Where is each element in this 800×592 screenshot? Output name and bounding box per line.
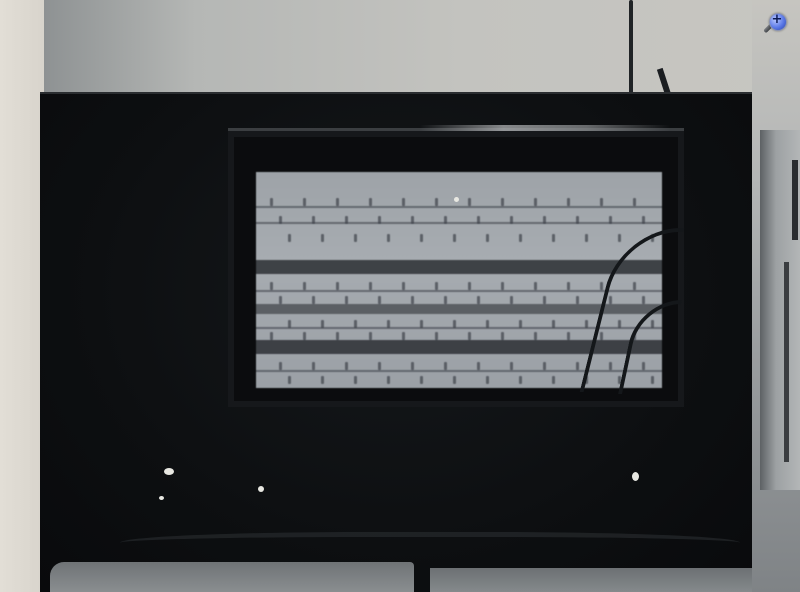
dial-tick [411, 296, 414, 304]
dial-tick [402, 332, 405, 340]
dial-tick [519, 234, 522, 242]
dial-tick [519, 320, 522, 328]
dial-tick [477, 216, 480, 224]
dial-tick [303, 332, 306, 340]
dial-tick [543, 216, 546, 224]
dust-speck [164, 468, 174, 475]
dial-tick [336, 198, 339, 206]
dial-tick [609, 216, 612, 224]
dial-tick [303, 198, 306, 206]
dial-tick [420, 234, 423, 242]
dial-tick [453, 320, 456, 328]
dial-tick [354, 234, 357, 242]
dial-tick [270, 282, 273, 290]
dial-tick [501, 198, 504, 206]
dial-tick [378, 296, 381, 304]
dust-speck [454, 197, 459, 202]
dial-tick [270, 332, 273, 340]
dial-tick [477, 296, 480, 304]
dial-tick [576, 362, 579, 370]
cabinet-base [50, 562, 414, 592]
dial-tick [279, 216, 282, 224]
dial-tick [321, 376, 324, 384]
dial-tick [402, 198, 405, 206]
dial-tick [312, 362, 315, 370]
photograph [0, 0, 800, 592]
background-wall [44, 0, 800, 100]
dial-tick [345, 362, 348, 370]
plus-icon: + [769, 12, 785, 28]
dial-tick [321, 234, 324, 242]
dial-tick [510, 296, 513, 304]
dial-tick [552, 234, 555, 242]
dial-tick [444, 296, 447, 304]
photo-border [0, 0, 44, 592]
dial-tick [288, 234, 291, 242]
dial-tick [369, 282, 372, 290]
dial-tick [321, 320, 324, 328]
dial-tick [312, 296, 315, 304]
dial-tick [402, 282, 405, 290]
dial-tick [567, 332, 570, 340]
dial-tick [618, 234, 621, 242]
dust-speck [632, 472, 639, 481]
dial-tick [600, 198, 603, 206]
dial-tick [510, 362, 513, 370]
dial-tick [567, 198, 570, 206]
cabinet-base [430, 568, 752, 592]
dial-tick [444, 216, 447, 224]
dial-tick [420, 320, 423, 328]
dial-tick [435, 332, 438, 340]
dial-tick [534, 198, 537, 206]
dial-tick [468, 198, 471, 206]
dial-tick [468, 332, 471, 340]
dial-tick [552, 376, 555, 384]
dial-tick [501, 332, 504, 340]
dial-tick [288, 376, 291, 384]
bezel-reflection [420, 125, 670, 131]
dial-tick [312, 216, 315, 224]
dial-tick [369, 198, 372, 206]
antenna-cable [629, 0, 633, 96]
dial-tick [354, 376, 357, 384]
dial-tick [420, 376, 423, 384]
dial-tick [486, 234, 489, 242]
dial-tick [486, 320, 489, 328]
dial-tick [279, 362, 282, 370]
dial-tick [288, 320, 291, 328]
dial-tick [486, 376, 489, 384]
dial-tick [387, 376, 390, 384]
dust-speck [258, 486, 264, 492]
dial-tick [477, 362, 480, 370]
dial-tick [453, 234, 456, 242]
dial-tick [576, 216, 579, 224]
zoom-in-button[interactable]: + [762, 11, 788, 37]
dial-tick [543, 362, 546, 370]
dial-tick [519, 376, 522, 384]
dial-tick [600, 282, 603, 290]
dial-tick [585, 234, 588, 242]
dial-tick [534, 332, 537, 340]
dial-tick [387, 234, 390, 242]
dial-tick [378, 216, 381, 224]
dial-tick [468, 282, 471, 290]
dial-tick [336, 332, 339, 340]
dial-tick [435, 282, 438, 290]
equipment-slot [792, 160, 798, 240]
dial-tick [534, 282, 537, 290]
equipment-slot [784, 262, 789, 462]
dial-tick [576, 296, 579, 304]
power-cord [120, 532, 740, 559]
dial-tick [336, 282, 339, 290]
dial-tick [501, 282, 504, 290]
dust-speck [159, 496, 164, 500]
dial-tick [585, 320, 588, 328]
dial-tick [642, 216, 645, 224]
dial-tick [552, 320, 555, 328]
dial-tick [633, 198, 636, 206]
dial-tick [279, 296, 282, 304]
dial-tick [354, 320, 357, 328]
dial-tick [411, 216, 414, 224]
dial-tick [303, 282, 306, 290]
dial-tick [453, 376, 456, 384]
dial-tick [345, 296, 348, 304]
dial-tick [378, 362, 381, 370]
dial-tick [369, 332, 372, 340]
dial-tick [435, 198, 438, 206]
dial-tick [444, 362, 447, 370]
dial-tick [543, 296, 546, 304]
dial-tick [567, 282, 570, 290]
dial-tick [411, 362, 414, 370]
dial-tick [510, 216, 513, 224]
dial-tick [345, 216, 348, 224]
dial-tick [270, 198, 273, 206]
dial-tick [387, 320, 390, 328]
